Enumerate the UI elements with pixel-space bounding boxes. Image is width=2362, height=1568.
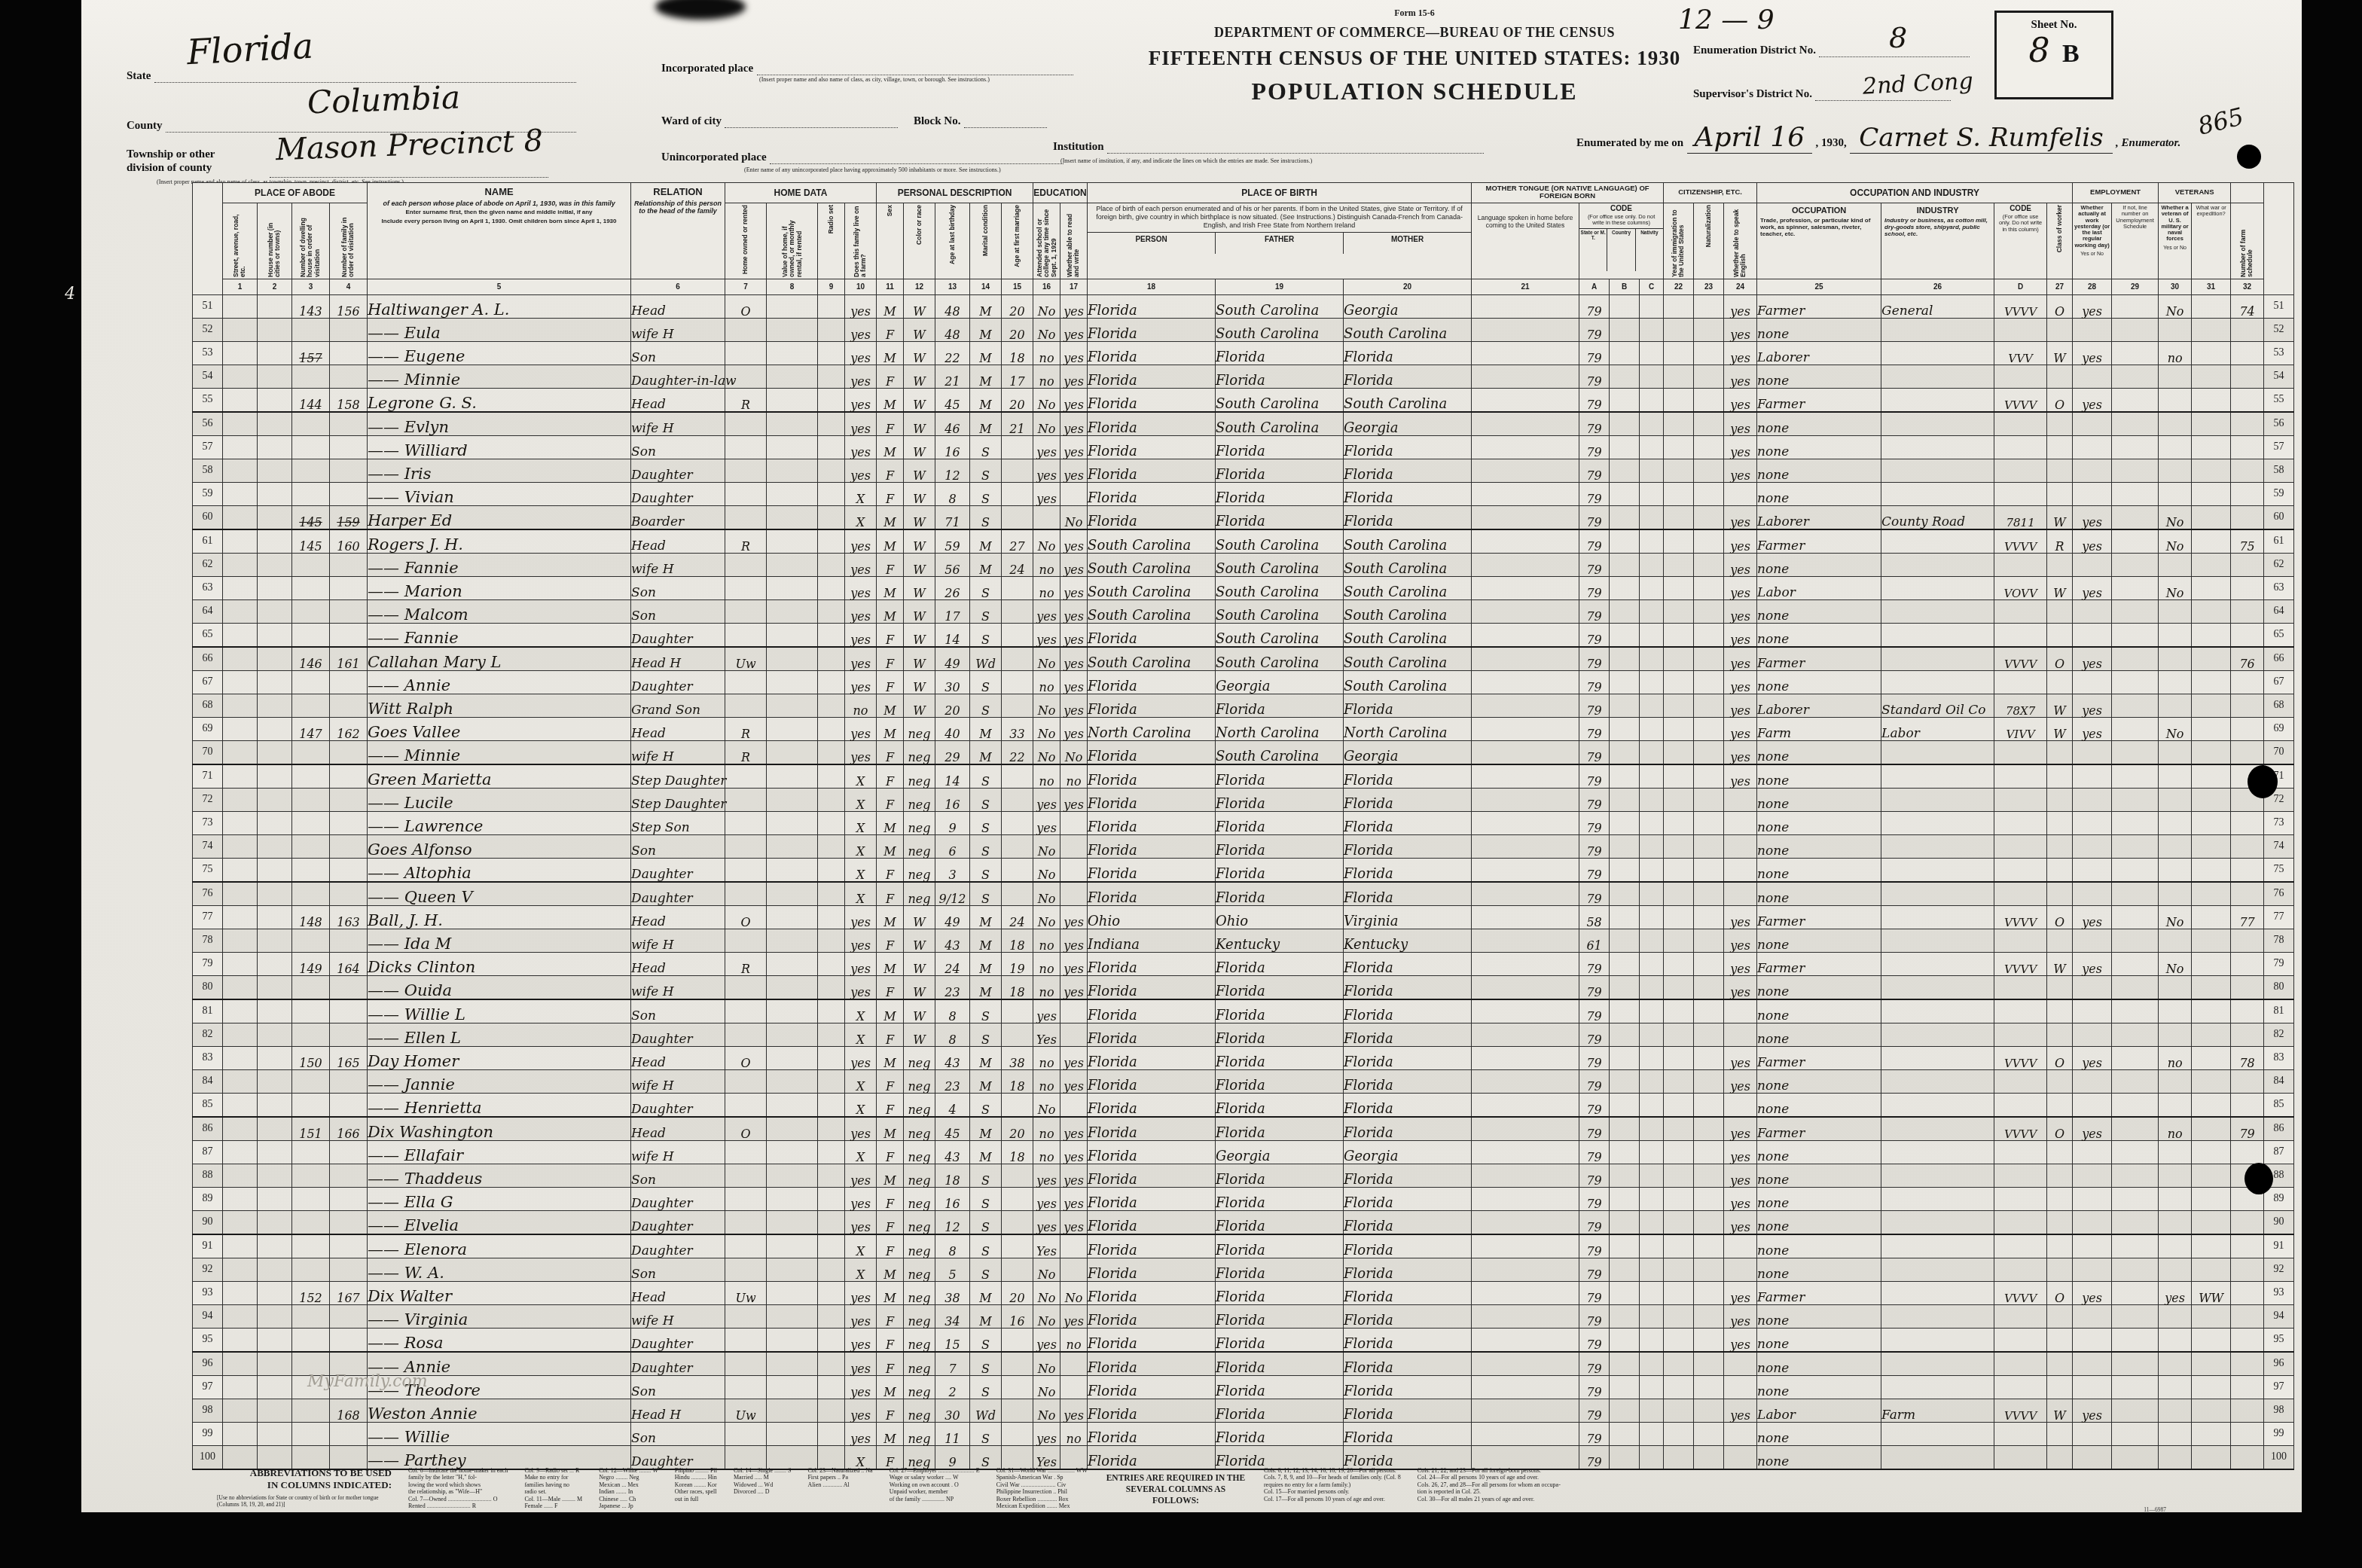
cell-vet: no <box>2159 1047 2192 1070</box>
cell-mar: S <box>970 624 1002 648</box>
cell-work: yes <box>2073 1399 2112 1423</box>
cell-rel: Daughter <box>631 882 725 906</box>
cell-war <box>2192 1141 2231 1164</box>
cell-street <box>223 483 258 506</box>
cell-ca: 79 <box>1579 1352 1610 1376</box>
cell-ind <box>1881 1352 1994 1376</box>
cell-dwell <box>292 694 330 718</box>
cell-eng: yes <box>1724 694 1757 718</box>
cell-bpm: Florida <box>1344 1376 1472 1399</box>
cell-vet <box>2159 389 2192 413</box>
cell-rw: No <box>1060 741 1088 765</box>
cell-bpp: Florida <box>1088 694 1216 718</box>
cell-work: yes <box>2073 342 2112 365</box>
cell-street <box>223 459 258 483</box>
state-underline <box>154 72 576 83</box>
cell-bpm: South Carolina <box>1344 624 1472 648</box>
census-row-75: 75—— AltophiaDaughterXFneg3SNoFloridaFlo… <box>193 859 2294 883</box>
cell-agem: 17 <box>1002 365 1033 389</box>
cell-eng: yes <box>1724 1399 1757 1423</box>
cell-fam <box>330 1211 368 1235</box>
ed-margin-note: 12 — 9 <box>1678 5 1775 35</box>
cell-sch: No <box>1033 1258 1060 1282</box>
cell-house <box>258 929 292 953</box>
cell-farm: yes <box>845 600 877 624</box>
cell-occ: Farmer <box>1757 1047 1881 1070</box>
cell-mar: M <box>970 389 1002 413</box>
cell-value <box>767 929 818 953</box>
cell-lang <box>1472 412 1579 436</box>
cell-ind <box>1881 1305 1994 1329</box>
cell-rel: Son <box>631 1164 725 1188</box>
cell-color: neg <box>904 1282 935 1305</box>
cell-ind <box>1881 1023 1994 1047</box>
cell-fam: 162 <box>330 718 368 741</box>
cell-rw: no <box>1060 764 1088 789</box>
cell-vet <box>2159 999 2192 1023</box>
cell-rel: Daughter <box>631 1329 725 1353</box>
group-citizenship: CITIZENSHIP, ETC. <box>1664 183 1757 203</box>
cell-cb <box>1610 953 1640 976</box>
cell-ca: 79 <box>1579 1070 1610 1094</box>
cell-rel: Son <box>631 835 725 859</box>
cell-sex: F <box>877 459 904 483</box>
cell-name: —— Williard <box>368 436 631 459</box>
cell-sch: No <box>1033 1399 1060 1423</box>
cell-cb <box>1610 929 1640 953</box>
cell-fam <box>330 789 368 812</box>
cell-ln: 89 <box>193 1188 223 1211</box>
cell-eng <box>1724 882 1757 906</box>
cell-ca: 79 <box>1579 577 1610 600</box>
cell-house <box>258 1329 292 1353</box>
cell-rw <box>1060 1023 1088 1047</box>
cell-sex: M <box>877 1164 904 1188</box>
cell-agem: 33 <box>1002 718 1033 741</box>
cell-street <box>223 1188 258 1211</box>
cell-agem: 18 <box>1002 976 1033 1000</box>
cell-nat <box>1694 554 1724 577</box>
cell-sex: F <box>877 319 904 342</box>
cell-fs <box>2231 976 2264 1000</box>
cell-age: 23 <box>935 976 970 1000</box>
cell-ca: 79 <box>1579 835 1610 859</box>
cell-imm <box>1664 1446 1694 1470</box>
census-row-81: 81—— Willie LSonXMW8SyesFloridaFloridaFl… <box>193 999 2294 1023</box>
cell-lang <box>1472 1423 1579 1446</box>
cell-rel: Step Daughter <box>631 764 725 789</box>
cell-age: 34 <box>935 1305 970 1329</box>
cell-eng <box>1724 1446 1757 1470</box>
cell-cc <box>1640 295 1664 319</box>
cell-sex: M <box>877 835 904 859</box>
cell-agem <box>1002 1234 1033 1258</box>
cell-nat <box>1694 647 1724 671</box>
cell-nat <box>1694 835 1724 859</box>
cell-occ: none <box>1757 319 1881 342</box>
cell-agem: 18 <box>1002 1070 1033 1094</box>
cell-rw: No <box>1060 506 1088 530</box>
cell-bpp: South Carolina <box>1088 529 1216 554</box>
cell-war <box>2192 929 2231 953</box>
cell-lang <box>1472 789 1579 812</box>
cell-eng: yes <box>1724 295 1757 319</box>
cell-cd: VVVV <box>1994 906 2047 929</box>
cell-farm: X <box>845 812 877 835</box>
cell-age: 9/12 <box>935 882 970 906</box>
cell-bpm: Florida <box>1344 365 1472 389</box>
cell-cd <box>1994 859 2047 883</box>
cell-eng <box>1724 1376 1757 1399</box>
cell-unemp <box>2112 529 2159 554</box>
cell-occ: none <box>1757 1258 1881 1282</box>
cell-cls: W <box>2047 1399 2073 1423</box>
cell-cls <box>2047 859 2073 883</box>
cell-occ: none <box>1757 1446 1881 1470</box>
cell-mar: M <box>970 412 1002 436</box>
cell-nat <box>1694 506 1724 530</box>
cell-bpf: Georgia <box>1216 671 1344 694</box>
cell-age: 45 <box>935 389 970 413</box>
cell-rel: Daughter <box>631 1352 725 1376</box>
ward-underline <box>725 117 898 128</box>
cell-cd <box>1994 929 2047 953</box>
cell-ln2: 52 <box>2264 319 2294 342</box>
cell-ca: 79 <box>1579 295 1610 319</box>
cell-fs <box>2231 671 2264 694</box>
cell-cd: VVVV <box>1994 1047 2047 1070</box>
cell-nat <box>1694 1047 1724 1070</box>
cell-fam: 159 <box>330 506 368 530</box>
census-row-76: 76—— Queen VDaughterXFneg9/12SNoFloridaF… <box>193 882 2294 906</box>
cell-cc <box>1640 624 1664 648</box>
cell-lang <box>1472 1188 1579 1211</box>
cell-work <box>2073 789 2112 812</box>
cell-farm: X <box>845 1023 877 1047</box>
cell-ind <box>1881 624 1994 648</box>
cell-rel: wife H <box>631 1141 725 1164</box>
cell-rel: Head <box>631 1047 725 1070</box>
column-number: A <box>1579 279 1610 295</box>
ward-field: Ward of city Block No. <box>661 114 1047 128</box>
cell-rw: yes <box>1060 529 1088 554</box>
cell-bpf: South Carolina <box>1216 577 1344 600</box>
cell-work <box>2073 1094 2112 1118</box>
cell-name: Weston Annie <box>368 1399 631 1423</box>
ed-value: 8 <box>1889 21 1907 54</box>
cell-cc <box>1640 529 1664 554</box>
cell-ca: 79 <box>1579 1329 1610 1353</box>
cell-ln: 67 <box>193 671 223 694</box>
cell-vet: no <box>2159 342 2192 365</box>
group-employment: EMPLOYMENT <box>2073 183 2159 203</box>
census-row-66: 66146161Callahan Mary LHead HUwyesFW49Wd… <box>193 647 2294 671</box>
cell-agem <box>1002 999 1033 1023</box>
cell-nat <box>1694 600 1724 624</box>
cell-rw: yes <box>1060 577 1088 600</box>
col-home-value-header: Value of home, if owned, or monthly rent… <box>767 203 818 279</box>
cell-eng: yes <box>1724 1070 1757 1094</box>
cell-agem <box>1002 1164 1033 1188</box>
column-number: 21 <box>1472 279 1579 295</box>
cell-name: Dix Walter <box>368 1282 631 1305</box>
cell-name: —— Ellen L <box>368 1023 631 1047</box>
cell-cd: VVVV <box>1994 1399 2047 1423</box>
col-language-header: Language spoken in home before coming to… <box>1472 203 1579 279</box>
column-number: 6 <box>631 279 725 295</box>
cell-mar: S <box>970 483 1002 506</box>
cell-house <box>258 1070 292 1094</box>
cell-bpf: Florida <box>1216 1446 1344 1470</box>
cell-lang <box>1472 999 1579 1023</box>
cell-street <box>223 953 258 976</box>
cell-sex: F <box>877 1305 904 1329</box>
cell-own: Uw <box>725 647 767 671</box>
cell-house <box>258 577 292 600</box>
cell-war <box>2192 789 2231 812</box>
column-number: 13 <box>935 279 970 295</box>
cell-house <box>258 906 292 929</box>
cell-agem <box>1002 1023 1033 1047</box>
cell-ln2: 94 <box>2264 1305 2294 1329</box>
cell-eng: yes <box>1724 554 1757 577</box>
cell-imm <box>1664 1399 1694 1423</box>
cell-rw: yes <box>1060 1211 1088 1235</box>
col-age-header: Age at last birthday <box>935 203 970 279</box>
code-c-label: Nativity <box>1635 229 1663 271</box>
cell-color: neg <box>904 1047 935 1070</box>
cell-dwell <box>292 976 330 1000</box>
cell-lang <box>1472 1376 1579 1399</box>
cell-sch: No <box>1033 529 1060 554</box>
cell-name: —— Thaddeus <box>368 1164 631 1188</box>
cell-cc <box>1640 1423 1664 1446</box>
cell-work: yes <box>2073 389 2112 413</box>
cell-color: W <box>904 319 935 342</box>
cell-imm <box>1664 1352 1694 1376</box>
cell-rw <box>1060 882 1088 906</box>
cell-radio <box>818 906 845 929</box>
cell-rw: yes <box>1060 906 1088 929</box>
cell-bpm: Florida <box>1344 1070 1472 1094</box>
census-row-59: 59—— VivianDaughterXFW8SyesFloridaFlorid… <box>193 483 2294 506</box>
census-row-99: 99—— WillieSonyesMneg11SyesnoFloridaFlor… <box>193 1423 2294 1446</box>
cell-bpf: Ohio <box>1216 906 1344 929</box>
cell-ln2: 97 <box>2264 1376 2294 1399</box>
col-color-header: Color or race <box>904 203 935 279</box>
cell-eng <box>1724 789 1757 812</box>
cell-cb <box>1610 483 1640 506</box>
census-sheet-paper: Form 15-6 DEPARTMENT OF COMMERCE—BUREAU … <box>81 0 2302 1512</box>
cell-vet <box>2159 1423 2192 1446</box>
cell-fam <box>330 1164 368 1188</box>
cell-farm: X <box>845 1258 877 1282</box>
cell-bpf: Florida <box>1216 365 1344 389</box>
cell-name: —— Willie <box>368 1423 631 1446</box>
cell-value <box>767 1446 818 1470</box>
cell-bpf: South Carolina <box>1216 600 1344 624</box>
cell-ind <box>1881 859 1994 883</box>
cell-sch: no <box>1033 1047 1060 1070</box>
cell-ind <box>1881 671 1994 694</box>
cell-mar: Wd <box>970 647 1002 671</box>
cell-farm: X <box>845 999 877 1023</box>
cell-cd <box>1994 1329 2047 1353</box>
cell-ind <box>1881 1423 1994 1446</box>
cell-ln2: 64 <box>2264 600 2294 624</box>
cell-occ: none <box>1757 882 1881 906</box>
cell-dwell <box>292 1423 330 1446</box>
cell-nat <box>1694 1211 1724 1235</box>
cell-rel: Son <box>631 436 725 459</box>
cell-eng: yes <box>1724 1282 1757 1305</box>
cell-occ: none <box>1757 1141 1881 1164</box>
enumerated-year: , 1930, <box>1816 137 1847 149</box>
cell-unemp <box>2112 1305 2159 1329</box>
cell-lang <box>1472 483 1579 506</box>
cell-dwell <box>292 436 330 459</box>
cell-ind <box>1881 1282 1994 1305</box>
cell-cb <box>1610 1305 1640 1329</box>
cell-ca: 79 <box>1579 389 1610 413</box>
cell-house <box>258 412 292 436</box>
cell-eng: yes <box>1724 1141 1757 1164</box>
cell-bpp: Florida <box>1088 1070 1216 1094</box>
cell-house <box>258 1023 292 1047</box>
cell-farm: yes <box>845 577 877 600</box>
column-name-header: NAME of each person whose place of abode… <box>368 183 631 279</box>
cell-dwell <box>292 929 330 953</box>
cell-street <box>223 741 258 765</box>
cell-ind <box>1881 976 1994 1000</box>
cell-farm: X <box>845 483 877 506</box>
cell-value <box>767 1023 818 1047</box>
cell-value <box>767 1282 818 1305</box>
cell-agem <box>1002 835 1033 859</box>
cell-lang <box>1472 1023 1579 1047</box>
cell-fs <box>2231 506 2264 530</box>
cell-sex: F <box>877 976 904 1000</box>
col-occ-code-header: CODE (For office use only. Do not write … <box>1994 203 2047 279</box>
cell-agem <box>1002 694 1033 718</box>
cell-cls <box>2047 999 2073 1023</box>
cell-rel: Daughter <box>631 1446 725 1470</box>
cell-ln: 98 <box>193 1399 223 1423</box>
column-number: 1 <box>223 279 258 295</box>
cell-bpp: Florida <box>1088 1211 1216 1235</box>
cell-war <box>2192 1234 2231 1258</box>
cell-bpf: Florida <box>1216 1305 1344 1329</box>
cell-war <box>2192 741 2231 765</box>
cell-bpm: Florida <box>1344 1258 1472 1282</box>
cell-color: neg <box>904 1352 935 1376</box>
cell-occ: none <box>1757 1070 1881 1094</box>
cell-sch: no <box>1033 1117 1060 1141</box>
cell-fs <box>2231 600 2264 624</box>
cell-eng: yes <box>1724 577 1757 600</box>
cell-bpm: Florida <box>1344 1234 1472 1258</box>
cell-bpf: South Carolina <box>1216 529 1344 554</box>
cell-ind <box>1881 906 1994 929</box>
cell-color: W <box>904 529 935 554</box>
cell-name: —— Ellafair <box>368 1141 631 1164</box>
cell-cd <box>1994 319 2047 342</box>
cell-dwell <box>292 1305 330 1329</box>
cell-house <box>258 1282 292 1305</box>
cell-mar: S <box>970 577 1002 600</box>
cell-work <box>2073 436 2112 459</box>
group-veterans: VETERANS <box>2159 183 2231 203</box>
cell-rel: Daughter-in-law <box>631 365 725 389</box>
cell-ca: 79 <box>1579 812 1610 835</box>
cell-ln2: 70 <box>2264 741 2294 765</box>
cell-ca: 79 <box>1579 1047 1610 1070</box>
cell-occ: none <box>1757 1329 1881 1353</box>
cell-rw: yes <box>1060 789 1088 812</box>
cell-cb <box>1610 600 1640 624</box>
col-sex-header: Sex <box>877 203 904 279</box>
cell-fam <box>330 1258 368 1282</box>
cell-vet <box>2159 859 2192 883</box>
cell-ca: 79 <box>1579 1094 1610 1118</box>
cell-rw: no <box>1060 1423 1088 1446</box>
cell-radio <box>818 1376 845 1399</box>
cell-sex: F <box>877 1211 904 1235</box>
cell-war <box>2192 295 2231 319</box>
cell-ca: 79 <box>1579 554 1610 577</box>
cell-sex: F <box>877 647 904 671</box>
cell-bpp: Florida <box>1088 295 1216 319</box>
cell-cd <box>1994 1305 2047 1329</box>
column-number: 19 <box>1216 279 1344 295</box>
cell-sex: M <box>877 600 904 624</box>
cell-bpm: South Carolina <box>1344 389 1472 413</box>
census-row-79: 79149164Dicks ClintonHeadRyesMW24M19noye… <box>193 953 2294 976</box>
cell-war <box>2192 764 2231 789</box>
cell-ca: 79 <box>1579 1188 1610 1211</box>
cell-dwell <box>292 600 330 624</box>
cell-ln2: 95 <box>2264 1329 2294 1353</box>
cell-age: 45 <box>935 1117 970 1141</box>
cell-fam <box>330 624 368 648</box>
cell-fs <box>2231 1399 2264 1423</box>
cell-own <box>725 1258 767 1282</box>
cell-vet: No <box>2159 953 2192 976</box>
census-row-57: 57—— WilliardSonyesMW16SyesyesFloridaFlo… <box>193 436 2294 459</box>
cell-bpp: North Carolina <box>1088 718 1216 741</box>
cell-ind <box>1881 529 1994 554</box>
cell-street <box>223 1117 258 1141</box>
cell-color: W <box>904 999 935 1023</box>
cell-radio <box>818 295 845 319</box>
cell-name: —— Evlyn <box>368 412 631 436</box>
cell-ca: 79 <box>1579 718 1610 741</box>
cell-bpp: Florida <box>1088 1446 1216 1470</box>
cell-cls <box>2047 1329 2073 1353</box>
cell-bpf: Florida <box>1216 953 1344 976</box>
census-row-92: 92—— W. A.SonXMneg5SNoFloridaFloridaFlor… <box>193 1258 2294 1282</box>
cell-bpp: Florida <box>1088 1164 1216 1188</box>
cell-age: 16 <box>935 436 970 459</box>
cell-fam <box>330 436 368 459</box>
cell-ln2: 83 <box>2264 1047 2294 1070</box>
cell-dwell <box>292 365 330 389</box>
cell-imm <box>1664 789 1694 812</box>
cell-ca: 79 <box>1579 882 1610 906</box>
cell-value <box>767 718 818 741</box>
cell-value <box>767 319 818 342</box>
cell-bpp: Florida <box>1088 764 1216 789</box>
